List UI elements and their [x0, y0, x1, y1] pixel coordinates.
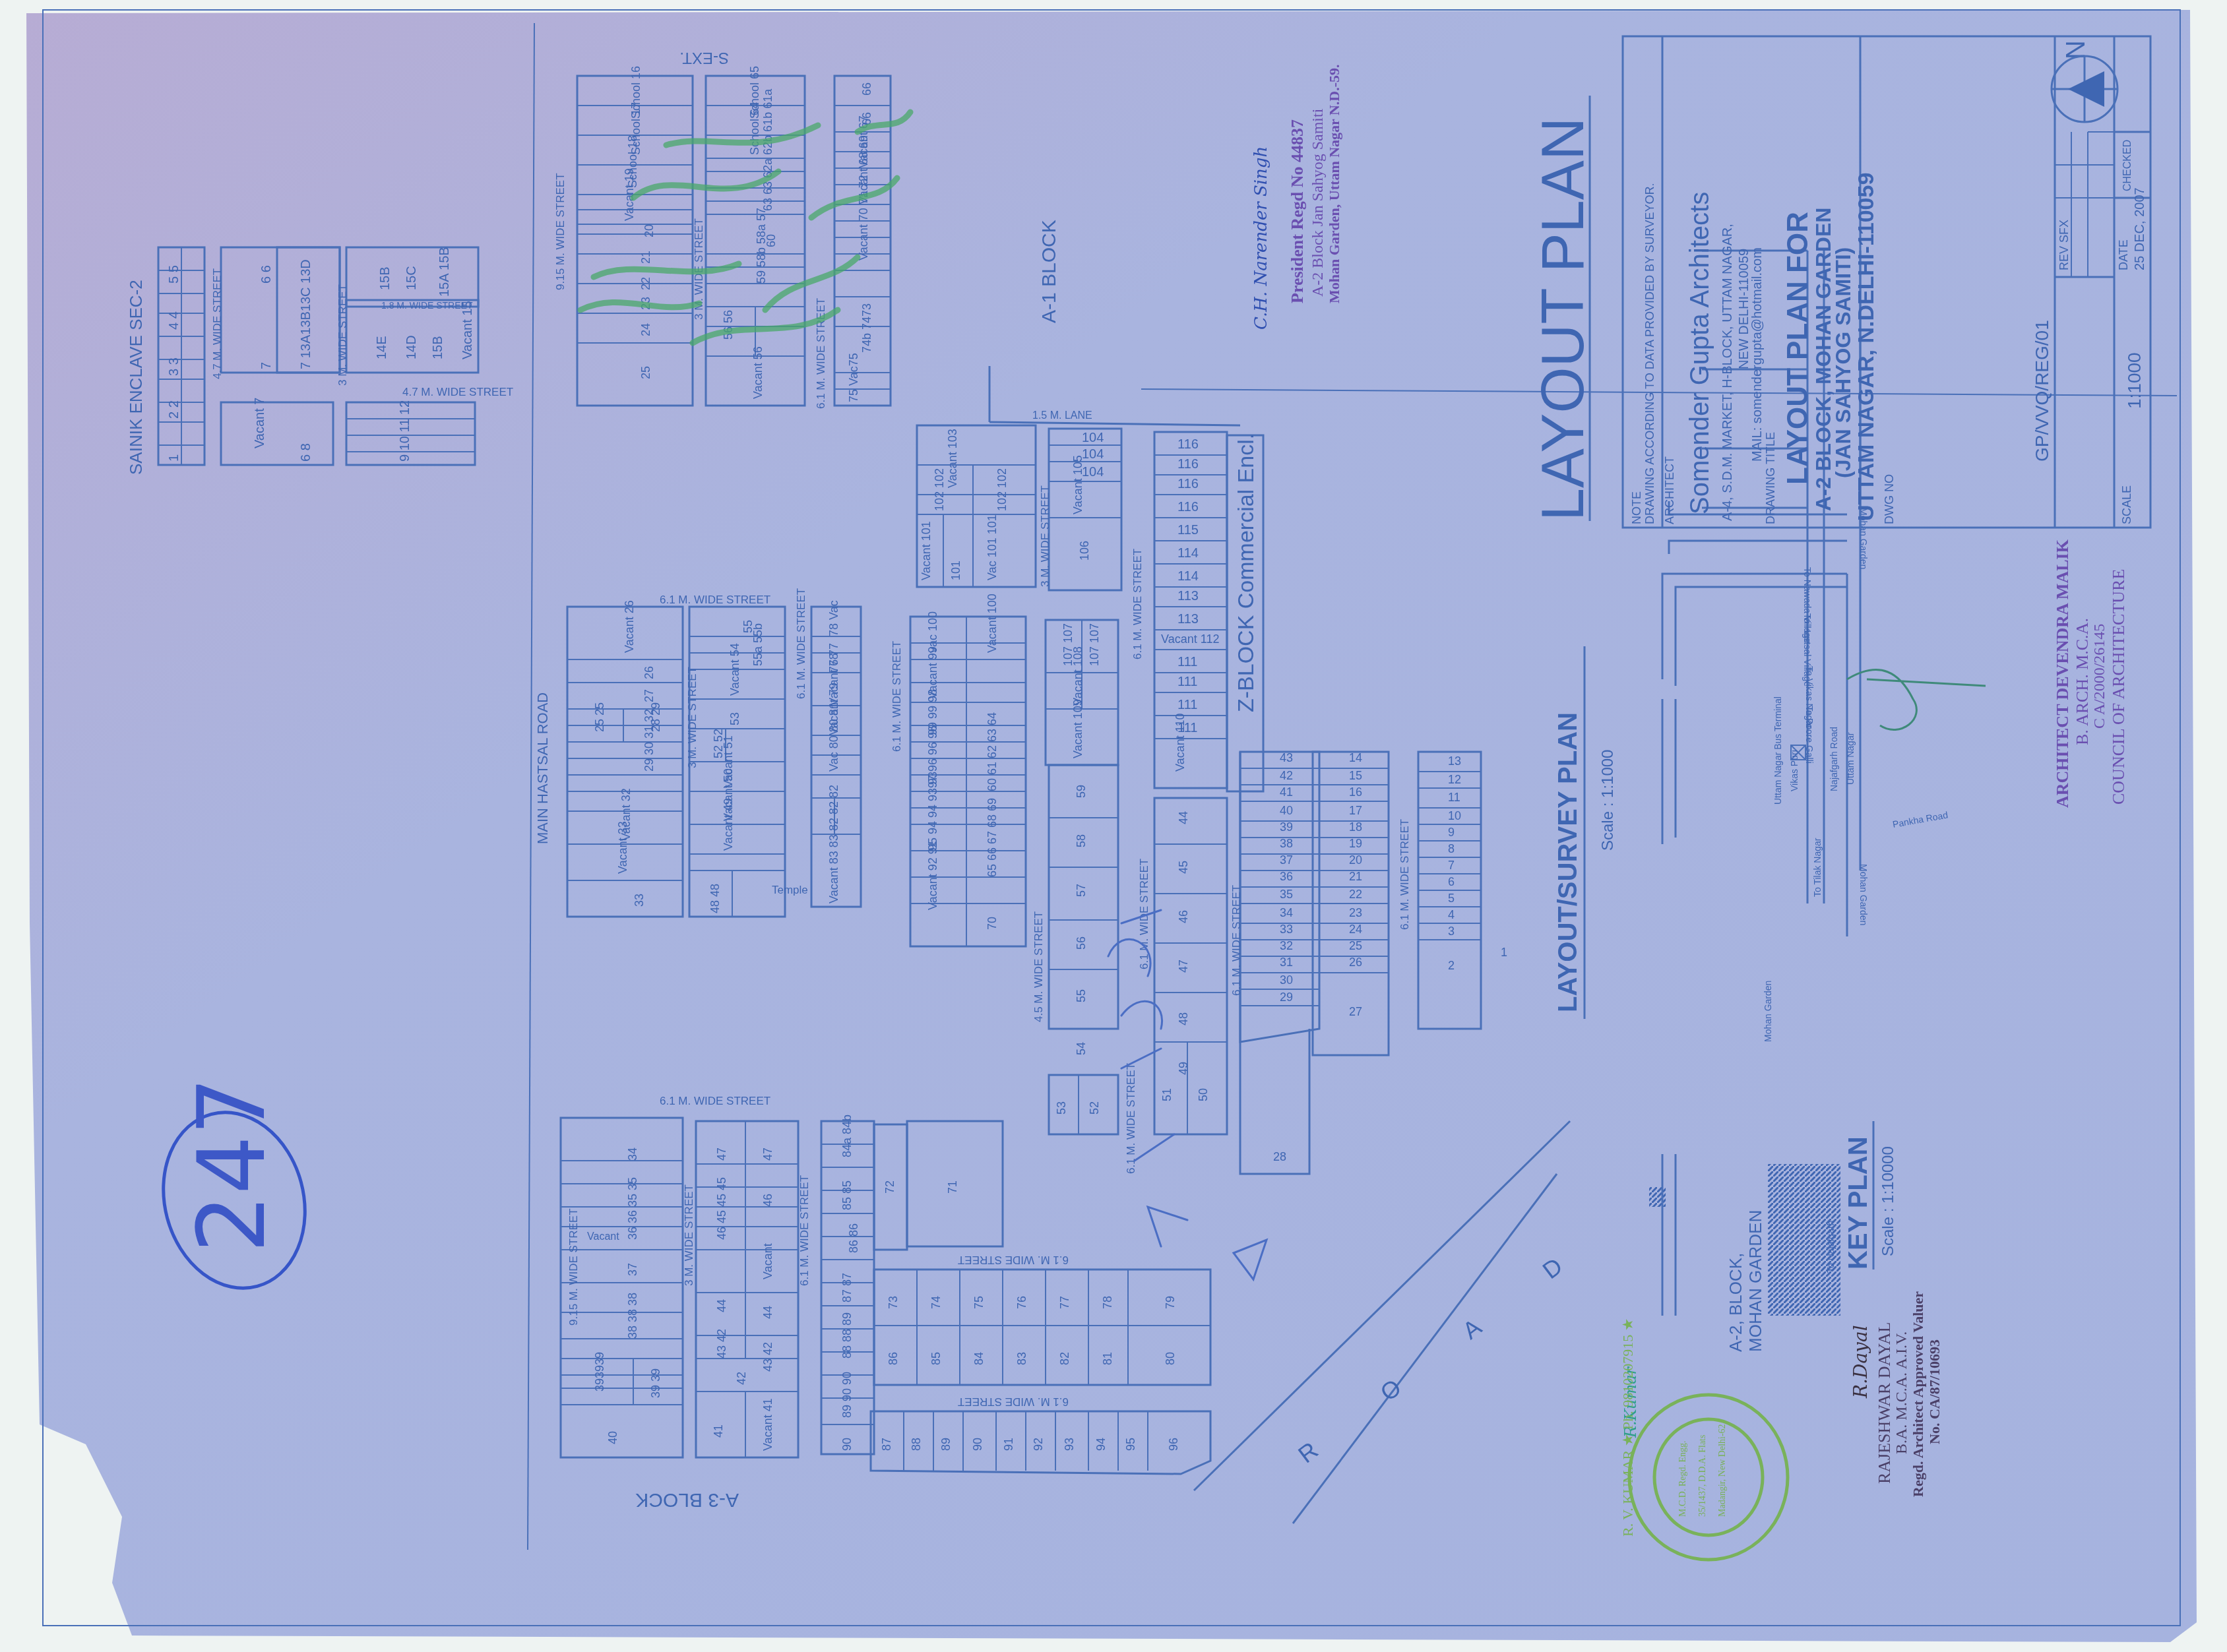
key-plan-scale: Scale : 1:10000 [1879, 1146, 1897, 1256]
svg-text:3 3: 3 3 [167, 357, 181, 376]
svg-text:41: 41 [1280, 785, 1293, 799]
svg-text:88 88 89: 88 88 89 [840, 1312, 854, 1359]
svg-text:35 35: 35 35 [626, 1177, 639, 1207]
street-label: 4.7 M. WIDE STREET [211, 268, 224, 379]
svg-text:Vacant 109: Vacant 109 [1071, 699, 1084, 758]
svg-text:M.C.D. Regd. Engg.: M.C.D. Regd. Engg. [1678, 1441, 1688, 1517]
svg-text:26: 26 [643, 666, 656, 679]
a1-block-label: A-1 BLOCK [1038, 220, 1060, 323]
svg-text:8: 8 [1448, 842, 1455, 855]
svg-text:15C: 15C [404, 266, 419, 290]
svg-text:4 4: 4 4 [167, 311, 181, 330]
svg-text:95: 95 [1124, 1438, 1137, 1451]
svg-text:Vacant 41: Vacant 41 [761, 1398, 774, 1451]
street-label: 6.1 M. WIDE STREET [1125, 1063, 1137, 1174]
svg-text:REV SFX: REV SFX [2057, 220, 2071, 270]
svg-text:78: 78 [1101, 1296, 1114, 1309]
svg-text:80: 80 [1164, 1352, 1177, 1365]
svg-text:44: 44 [761, 1306, 774, 1319]
svg-text:65 66 67 68 69: 65 66 67 68 69 [986, 798, 999, 877]
svg-text:B. ARCH. M.C.A.: B. ARCH. M.C.A. [2073, 618, 2092, 745]
svg-text:2: 2 [1448, 959, 1455, 972]
svg-text:39 39: 39 39 [649, 1368, 662, 1398]
svg-text:114: 114 [1177, 569, 1199, 584]
svg-text:35/1437, D.D.A. Flats: 35/1437, D.D.A. Flats [1698, 1435, 1708, 1517]
svg-text:83: 83 [1015, 1352, 1028, 1365]
street-label: 9.15 M. WIDE STREET [567, 1208, 580, 1326]
svg-text:30: 30 [1280, 973, 1293, 987]
svg-text:26: 26 [1349, 956, 1362, 969]
svg-text:87: 87 [880, 1438, 893, 1451]
lane-label: 1.5 M. LANE [1032, 410, 1092, 421]
svg-text:9 10 11 12: 9 10 11 12 [398, 400, 412, 462]
svg-text:32: 32 [1280, 939, 1293, 952]
svg-text:95 94 94 93 93: 95 94 94 93 93 [926, 772, 939, 851]
a3-block-label: A-3 BLOCK [635, 1489, 739, 1511]
svg-text:111: 111 [1177, 655, 1197, 669]
svg-text:25: 25 [1349, 939, 1362, 952]
svg-text:Vacant 92 91: Vacant 92 91 [926, 841, 939, 910]
svg-text:66: 66 [860, 82, 873, 96]
main-road-label: MAIN HASTSAL ROAD [534, 692, 551, 844]
svg-text:35: 35 [1280, 888, 1293, 901]
s-ext-label: S-EXT. [679, 49, 729, 67]
svg-text:1:1000: 1:1000 [2124, 352, 2145, 409]
svg-text:Vacant: Vacant [587, 1231, 619, 1242]
svg-text:71: 71 [946, 1180, 959, 1194]
svg-text:ARCHITECT DEVENDRA MALIK: ARCHITECT DEVENDRA MALIK [2053, 539, 2072, 808]
sainik-enclave-label: SAINIK ENCLAVE SEC-2 [126, 280, 146, 475]
svg-text:Madangir, New Delhi-62: Madangir, New Delhi-62 [1718, 1424, 1728, 1517]
svg-text:82: 82 [1058, 1352, 1071, 1365]
street-label: 6.1 M. WIDE STREET [798, 1175, 811, 1286]
svg-text:116: 116 [1177, 457, 1199, 472]
svg-text:84: 84 [972, 1352, 986, 1365]
svg-text:43 42: 43 42 [761, 1342, 774, 1372]
street-label: 3 M. WIDE STREET [686, 667, 699, 768]
svg-text:Vacant 49: Vacant 49 [722, 798, 735, 851]
survey-plan-title: LAYOUT/SURVEY PLAN [1553, 712, 1583, 1012]
svg-text:CHECKED: CHECKED [2122, 140, 2133, 191]
svg-text:School 64: School 64 [748, 102, 761, 155]
svg-text:47: 47 [1177, 960, 1190, 973]
svg-text:Uttam Nagar Bus Terminal: Uttam Nagar Bus Terminal [1772, 696, 1783, 805]
street-label: 3 M. WIDE STREET [683, 1184, 695, 1286]
svg-text:2 2: 2 2 [167, 400, 181, 419]
street-label: 4.7 M. WIDE STREET [402, 386, 513, 398]
svg-text:Vacant 7: Vacant 7 [253, 398, 267, 448]
svg-text:55: 55 [1075, 989, 1088, 1002]
svg-text:86 86: 86 86 [847, 1223, 860, 1253]
svg-text:59: 59 [1075, 785, 1088, 798]
svg-text:Vikas Puri: Vikas Puri [1789, 750, 1800, 791]
svg-text:113: 113 [1177, 612, 1199, 627]
key-plan-site-label: MOHAN GARDEN [1745, 1210, 1765, 1352]
svg-text:25: 25 [639, 366, 652, 379]
svg-text:Mohan Garden, Uttam Nagar N.D.: Mohan Garden, Uttam Nagar N.D.-59. [1326, 64, 1342, 303]
svg-text:63 63 62a 62b 61b 61a: 63 63 62a 62b 61b 61a [761, 88, 774, 211]
svg-text:COUNCIL OF ARCHITECTURE: COUNCIL OF ARCHITECTURE [2109, 569, 2128, 805]
svg-text:56 56: 56 56 [722, 310, 735, 340]
svg-text:1: 1 [1501, 946, 1507, 959]
svg-text:16: 16 [1349, 785, 1362, 799]
svg-text:28: 28 [1273, 1150, 1286, 1163]
svg-text:34: 34 [626, 1147, 639, 1161]
svg-text:Vacant 105: Vacant 105 [1071, 455, 1084, 514]
svg-text:60 61 62 63 64: 60 61 62 63 64 [986, 712, 999, 791]
north-arrow-icon [2052, 56, 2117, 122]
svg-text:53: 53 [1055, 1101, 1068, 1115]
svg-text:ARCHITECT: ARCHITECT [1663, 456, 1676, 524]
svg-text:22: 22 [639, 277, 652, 290]
svg-text:40: 40 [606, 1431, 619, 1444]
svg-text:5 5: 5 5 [167, 265, 181, 284]
svg-text:34: 34 [1280, 906, 1293, 919]
svg-text:72: 72 [883, 1180, 896, 1194]
svg-text:75 Vac75: 75 Vac75 [847, 353, 860, 402]
svg-text:10: 10 [1448, 809, 1461, 822]
svg-text:48: 48 [1177, 1012, 1190, 1025]
svg-text:113: 113 [1177, 589, 1199, 603]
svg-text:44: 44 [715, 1299, 728, 1312]
svg-text:24: 24 [1349, 923, 1362, 936]
svg-text:1: 1 [167, 454, 181, 462]
svg-text:Vac 80 80 81: Vac 80 80 81 [827, 702, 840, 772]
svg-text:R. V. KUMAR ★ Ph. 9810207915: R. V. KUMAR ★ Ph. 9810207915 ★ [1619, 1318, 1636, 1537]
svg-text:90: 90 [840, 1438, 854, 1451]
svg-text:85: 85 [929, 1352, 943, 1365]
svg-text:15: 15 [1349, 769, 1362, 782]
svg-text:29 30 31 32: 29 30 31 32 [643, 709, 656, 772]
svg-text:89 90 90: 89 90 90 [840, 1372, 854, 1418]
svg-text:46: 46 [1177, 910, 1190, 923]
svg-text:93: 93 [1063, 1438, 1076, 1451]
svg-text:87 87: 87 87 [840, 1273, 854, 1302]
svg-text:15B: 15B [431, 336, 445, 359]
svg-text:6: 6 [1448, 875, 1455, 888]
svg-text:Uttam Nagar: Uttam Nagar [1845, 732, 1856, 785]
svg-text:48 48: 48 48 [708, 884, 722, 913]
svg-text:33: 33 [1280, 923, 1293, 936]
svg-text:Vacant 110: Vacant 110 [1174, 714, 1187, 772]
svg-text:Vacant 33: Vacant 33 [616, 821, 629, 874]
svg-text:92: 92 [1032, 1438, 1045, 1451]
svg-text:15A 15B: 15A 15B [437, 247, 452, 297]
svg-text:51: 51 [1160, 1088, 1174, 1101]
svg-text:21: 21 [1349, 870, 1362, 883]
svg-text:RAJESHWAR DAYAL: RAJESHWAR DAYAL [1875, 1322, 1894, 1484]
svg-text:No. CA/87/10693: No. CA/87/10693 [1926, 1339, 1943, 1444]
svg-text:DRAWING ACCORDING TO DATA PROV: DRAWING ACCORDING TO DATA PROVIDED BY SU… [1643, 183, 1656, 524]
svg-text:56: 56 [1075, 936, 1088, 950]
svg-text:Mohan Garden: Mohan Garden [1763, 981, 1773, 1042]
svg-text:46: 46 [761, 1194, 774, 1207]
svg-text:36 36: 36 36 [626, 1210, 639, 1240]
svg-text:82 82 82: 82 82 82 [827, 785, 840, 831]
svg-text:To Najafgarh: To Najafgarh [1825, 1221, 1836, 1273]
street-label: 3 M. WIDE STREET [336, 284, 349, 386]
blueprint-sheet: 1 2 2 3 3 4 4 5 5 7 6 6 7 13A13B13C 13D … [0, 0, 2227, 1652]
svg-text:42: 42 [1280, 769, 1293, 782]
svg-text:102 102: 102 102 [995, 468, 1009, 511]
svg-text:15B: 15B [378, 266, 392, 290]
street-label: 3 M. WIDE STREET [1039, 485, 1051, 587]
svg-text:90: 90 [971, 1438, 984, 1451]
svg-text:46 45 45 45: 46 45 45 45 [715, 1177, 728, 1240]
svg-text:81: 81 [1101, 1352, 1114, 1365]
svg-text:21: 21 [639, 251, 652, 264]
drawing-canvas: 1 2 2 3 3 4 4 5 5 7 6 6 7 13A13B13C 13D … [0, 0, 2227, 1652]
svg-text:102 102: 102 102 [933, 468, 946, 511]
svg-text:94: 94 [1094, 1438, 1108, 1451]
svg-text:42: 42 [735, 1372, 748, 1385]
svg-text:Vacant 26: Vacant 26 [623, 600, 636, 653]
svg-text:39: 39 [1280, 820, 1293, 834]
svg-text:76: 76 [1015, 1296, 1028, 1309]
svg-text:104: 104 [1082, 431, 1104, 445]
svg-text:DRAWING TITLE: DRAWING TITLE [1764, 432, 1777, 524]
street-label: 6.1 M. WIDE STREET [958, 1254, 1069, 1266]
svg-text:22: 22 [1349, 888, 1362, 901]
svg-text:96: 96 [1167, 1438, 1180, 1451]
svg-text:R.Dayal: R.Dayal [1850, 1325, 1871, 1399]
svg-text:75: 75 [972, 1296, 986, 1309]
svg-text:101: 101 [949, 561, 962, 580]
svg-text:3: 3 [1448, 925, 1455, 938]
file-number-text: 247 [179, 1077, 286, 1253]
svg-text:33: 33 [633, 894, 646, 907]
svg-text:78 Vac: 78 Vac [827, 600, 840, 636]
svg-text:Somender Gupta Architects: Somender Gupta Architects [1685, 192, 1714, 514]
svg-text:6 8: 6 8 [299, 443, 313, 462]
street-label: 4.5 M. WIDE STREET [1032, 911, 1045, 1022]
svg-text:Vacant 100: Vacant 100 [986, 594, 999, 653]
svg-text:107 107: 107 107 [1088, 623, 1101, 666]
svg-text:25 DEC, 2007: 25 DEC, 2007 [2133, 187, 2147, 270]
svg-text:Vacant: Vacant [761, 1243, 774, 1279]
svg-text:President Regd No 44837: President Regd No 44837 [1288, 119, 1307, 303]
street-label: 1.8 M. WIDE STREET [381, 300, 473, 311]
svg-text:86: 86 [887, 1352, 900, 1365]
svg-text:88: 88 [910, 1438, 923, 1451]
key-plan-site-label: A-2, BLOCK, [1726, 1253, 1745, 1352]
svg-text:7 13A13B13C 13D: 7 13A13B13C 13D [299, 259, 313, 369]
svg-text:111: 111 [1177, 698, 1197, 712]
street-label: 9.15 M. WIDE STREET [554, 173, 567, 290]
street-label: 6.1 M. WIDE STREET [1131, 549, 1144, 659]
svg-text:50: 50 [1197, 1088, 1210, 1101]
svg-text:5: 5 [1448, 892, 1455, 905]
svg-text:GP/VVQ/REG/01: GP/VVQ/REG/01 [2032, 320, 2052, 462]
svg-text:24: 24 [639, 323, 652, 336]
svg-text:Vacant 83 83: Vacant 83 83 [827, 834, 840, 903]
svg-text:27: 27 [643, 689, 656, 702]
street-label: 6.1 M. WIDE STREET [891, 641, 903, 752]
svg-text:85 85: 85 85 [840, 1180, 854, 1210]
svg-text:84a 84b: 84a 84b [840, 1115, 854, 1157]
svg-text:Vacant 103: Vacant 103 [946, 429, 959, 488]
svg-text:40: 40 [1280, 804, 1293, 817]
svg-text:Vacant 112: Vacant 112 [1161, 632, 1219, 646]
svg-text:37: 37 [1280, 853, 1293, 867]
svg-text:A-2 Block Jan Sahyog Samiti: A-2 Block Jan Sahyog Samiti [1309, 108, 1327, 297]
svg-text:116: 116 [1177, 477, 1199, 491]
svg-text:Vacant 70 71 72: Vacant 70 71 72 [857, 175, 870, 260]
svg-text:52: 52 [1088, 1101, 1101, 1115]
svg-text:DWG NO: DWG NO [1883, 474, 1896, 524]
svg-text:104: 104 [1082, 447, 1104, 462]
svg-text:54: 54 [1075, 1042, 1088, 1055]
svg-text:70: 70 [986, 917, 999, 930]
svg-text:74: 74 [929, 1296, 943, 1309]
svg-text:77: 77 [1058, 1296, 1071, 1309]
street-label: 6.1 M. WIDE STREET [660, 594, 770, 606]
svg-text:C A/2000/26145: C A/2000/26145 [2091, 624, 2108, 729]
svg-text:7: 7 [259, 362, 274, 369]
svg-text:NOTE: NOTE [1630, 491, 1643, 524]
svg-text:14D: 14D [404, 335, 419, 359]
svg-text:Vac 101 101: Vac 101 101 [986, 514, 999, 580]
svg-text:DATE: DATE [2117, 239, 2130, 270]
svg-text:11: 11 [1448, 791, 1460, 804]
svg-text:13: 13 [1448, 754, 1461, 768]
svg-text:49: 49 [1177, 1062, 1190, 1075]
svg-text:393939: 393939 [593, 1352, 606, 1392]
svg-text:53: 53 [728, 712, 741, 725]
svg-text:45: 45 [1177, 861, 1190, 874]
svg-text:73: 73 [860, 303, 873, 317]
svg-text:C.H. Narender Singh: C.H. Narender Singh [1251, 146, 1271, 330]
svg-text:Najafgarh Road: Najafgarh Road [1829, 727, 1839, 791]
svg-text:38: 38 [1280, 837, 1293, 850]
svg-text:Mohan Garden: Mohan Garden [1858, 864, 1869, 925]
svg-text:A-4, S.D.M. MARKET, H-BLOCK, U: A-4, S.D.M. MARKET, H-BLOCK, UTTAM NAGAR… [1720, 224, 1735, 521]
svg-text:43 42: 43 42 [715, 1329, 728, 1359]
svg-text:18: 18 [1349, 820, 1362, 834]
svg-text:MAIL: somendergupta@hotmail.co: MAIL: somendergupta@hotmail.com [1750, 247, 1765, 462]
svg-text:B.A. M.C.A. A.I.V.: B.A. M.C.A. A.I.V. [1893, 1331, 1910, 1454]
street-label: 6.1 M. WIDE STREET [958, 1395, 1069, 1408]
svg-text:111: 111 [1177, 675, 1197, 689]
svg-text:74b 74: 74b 74 [860, 317, 873, 353]
svg-text:114: 114 [1177, 546, 1199, 561]
key-plan-title: KEY PLAN [1844, 1136, 1873, 1270]
svg-text:7: 7 [1448, 859, 1455, 872]
survey-plan-scale: Scale : 1:1000 [1599, 750, 1617, 851]
svg-text:37: 37 [626, 1263, 639, 1276]
svg-text:12: 12 [1448, 773, 1461, 786]
svg-text:23: 23 [1349, 906, 1362, 919]
svg-text:(JAN SAHYOG SAMITI): (JAN SAHYOG SAMITI) [1831, 247, 1855, 478]
svg-text:4: 4 [1448, 908, 1455, 921]
svg-text:Regd. Architect Approved Value: Regd. Architect Approved Valuer [1910, 1291, 1926, 1497]
svg-text:58: 58 [1075, 834, 1088, 847]
svg-text:6 6: 6 6 [259, 265, 274, 284]
svg-text:SCALE: SCALE [2120, 485, 2133, 524]
svg-text:Vacant 54: Vacant 54 [728, 643, 741, 696]
z-block-label: Z-BLOCK Commercial Encl. [1234, 433, 1259, 712]
svg-text:59 58b 58a 57: 59 58b 58a 57 [755, 208, 768, 284]
svg-text:29: 29 [1280, 991, 1293, 1004]
svg-text:106: 106 [1078, 541, 1091, 561]
svg-text:41: 41 [712, 1424, 725, 1438]
svg-text:To Nawada Village: To Nawada Village [1802, 567, 1813, 644]
svg-text:LAYOUT PLAN FOR: LAYOUT PLAN FOR [1782, 212, 1814, 485]
svg-text:73: 73 [887, 1296, 900, 1309]
svg-text:47: 47 [715, 1147, 728, 1161]
svg-text:55a 55b: 55a 55b [751, 623, 765, 666]
svg-text:NEW DELHI-110059: NEW DELHI-110059 [1737, 249, 1751, 369]
svg-text:Temple: Temple [772, 884, 808, 896]
svg-text:91: 91 [1002, 1438, 1015, 1451]
svg-text:19: 19 [1349, 837, 1362, 850]
svg-text:36: 36 [1280, 870, 1293, 883]
svg-text:To Tilak Nagar: To Tilak Nagar [1812, 838, 1823, 897]
svg-text:UTTAM NAGAR, N.DELHI-110059: UTTAM NAGAR, N.DELHI-110059 [1854, 173, 1879, 521]
svg-text:20: 20 [643, 224, 656, 237]
svg-text:47: 47 [761, 1147, 774, 1161]
svg-text:44: 44 [1177, 811, 1190, 824]
svg-text:20: 20 [1349, 853, 1362, 867]
svg-text:14E: 14E [375, 336, 389, 359]
svg-text:Vacant 108: Vacant 108 [1071, 646, 1084, 706]
svg-text:38 38 38: 38 38 38 [626, 1293, 639, 1339]
street-label: 6.1 M. WIDE STREET [1398, 819, 1411, 930]
svg-text:31: 31 [1280, 956, 1293, 969]
svg-text:Vacant 101: Vacant 101 [920, 521, 933, 580]
svg-text:116: 116 [1177, 437, 1199, 452]
street-label: 6.1 M. WIDE STREET [1230, 885, 1243, 996]
street-label: 6.1 M. WIDE STREET [795, 588, 807, 699]
svg-text:115: 115 [1177, 523, 1199, 537]
svg-text:17: 17 [1349, 804, 1362, 817]
svg-text:14: 14 [1349, 751, 1362, 764]
svg-text:104: 104 [1082, 465, 1104, 479]
svg-text:25 25: 25 25 [593, 702, 606, 732]
svg-text:116: 116 [1177, 500, 1199, 514]
svg-text:57: 57 [1075, 884, 1088, 897]
svg-text:79: 79 [1164, 1296, 1177, 1309]
svg-text:43: 43 [1280, 751, 1293, 764]
svg-text:Vacant 56: Vacant 56 [751, 346, 765, 399]
svg-text:9: 9 [1448, 826, 1455, 839]
street-label: 6.1 M. WIDE STREET [660, 1095, 770, 1107]
layout-plan-heading: LAYOUT PLAN [1530, 117, 1596, 521]
svg-text:27: 27 [1349, 1005, 1362, 1018]
svg-text:89: 89 [939, 1438, 953, 1451]
